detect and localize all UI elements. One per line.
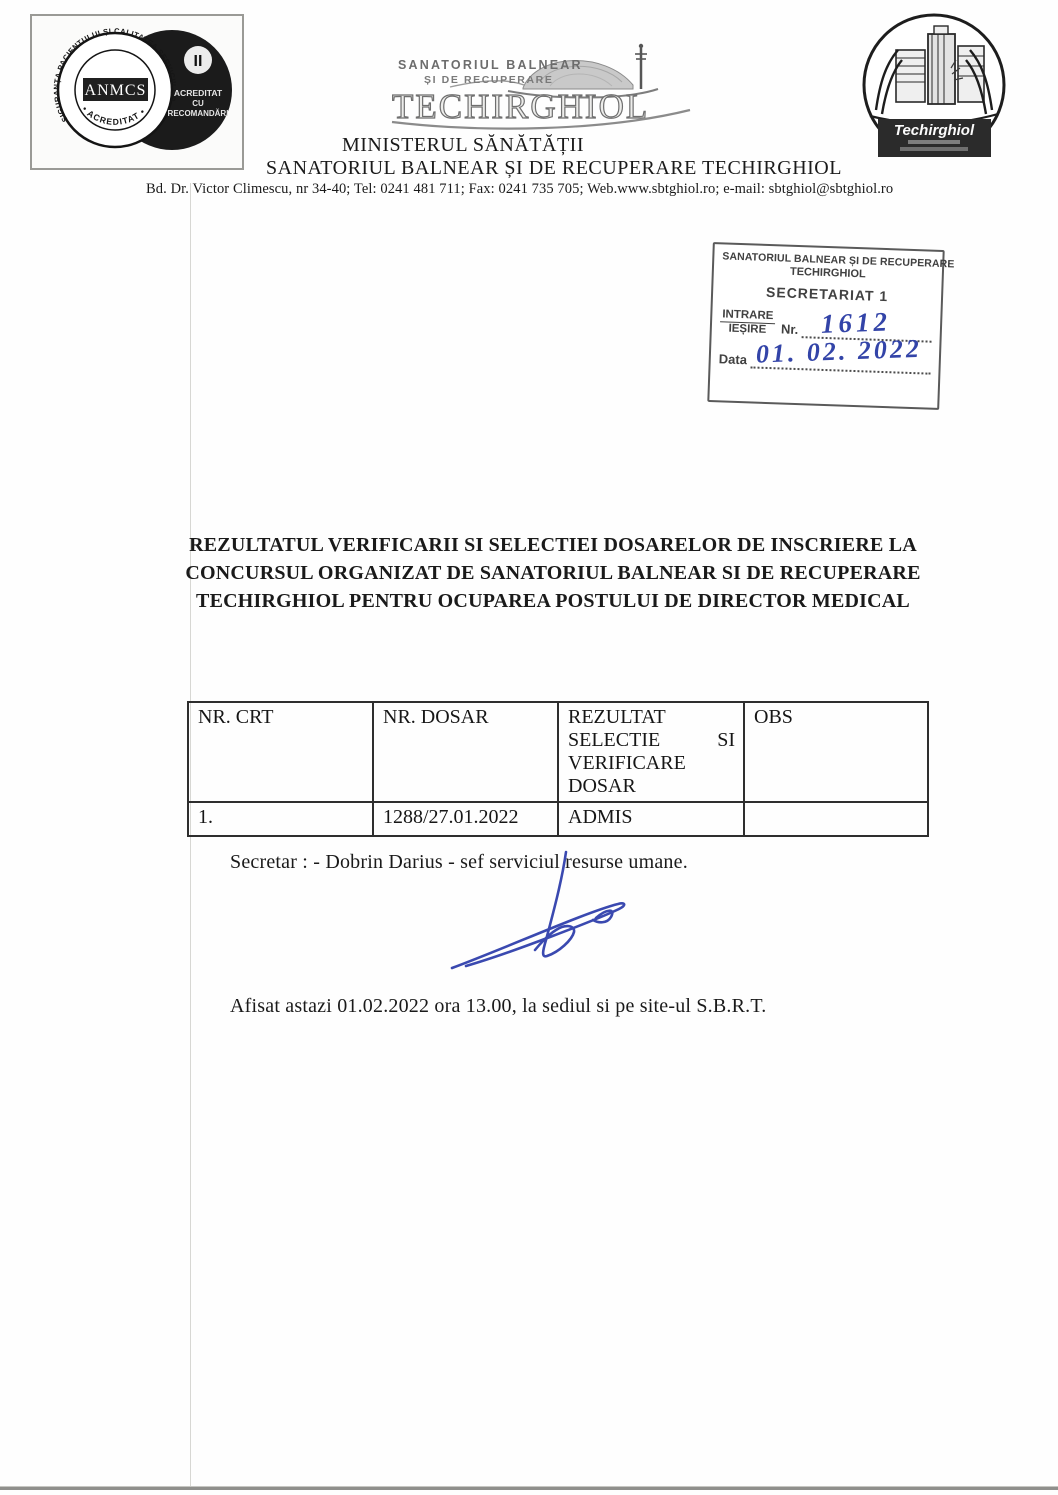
header-obs: OBS — [744, 702, 928, 802]
techirghiol-town-logo: Techirghiol — [856, 10, 1014, 172]
cell-nr-crt: 1. — [188, 802, 373, 836]
registration-stamp: SANATORIUL BALNEAR ȘI DE RECUPERARE TECH… — [707, 242, 944, 410]
anmcs-badge-line3: RECOMANDĂRI — [168, 109, 229, 118]
stamp-iesire-label: IEȘIRE — [720, 323, 776, 338]
anmcs-name: ANMCS — [85, 82, 147, 99]
institution-name: SANATORIUL BALNEAR ȘI DE RECUPERARE TECH… — [160, 157, 948, 180]
title-line-3: TECHIRGHIOL PENTRU OCUPAREA POSTULUI DE … — [160, 587, 946, 615]
scan-bottom-edge — [0, 1486, 1058, 1490]
logo-center-line1: SANATORIUL BALNEAR — [398, 58, 583, 72]
stamp-department: SECRETARIAT 1 — [721, 282, 933, 305]
anmcs-badge-level: II — [194, 53, 203, 70]
results-table: NR. CRT NR. DOSAR REZULTAT SELECTIE SI V… — [187, 701, 929, 837]
title-line-1: REZULTATUL VERIFICARII SI SELECTIEI DOSA… — [160, 531, 946, 559]
posted-line: Afisat astazi 01.02.2022 ora 13.00, la s… — [230, 995, 767, 1018]
logo-center-line3: TECHIRGHIOL — [392, 87, 649, 126]
document-title: REZULTATUL VERIFICARII SI SELECTIEI DOSA… — [160, 531, 946, 615]
town-banner-label: Techirghiol — [894, 122, 975, 139]
signature-icon — [448, 850, 648, 975]
header-nr-crt: NR. CRT — [188, 702, 373, 802]
cell-obs — [744, 802, 928, 836]
cell-nr-dosar: 1288/27.01.2022 — [373, 802, 558, 836]
sanatorium-logo-icon: SANATORIUL BALNEAR ȘI DE RECUPERARE TECH… — [390, 38, 692, 130]
stamp-date-row: Data 01. 02. 2022 — [718, 352, 930, 375]
table-header-row: NR. CRT NR. DOSAR REZULTAT SELECTIE SI V… — [188, 702, 928, 802]
stamp-nr-label: Nr. — [781, 322, 799, 338]
document-page: SIGURANȚA PACIENTULUI ȘI CALITATEA SERVI… — [0, 0, 1058, 1495]
stamp-in-out: INTRARE IEȘIRE — [720, 308, 776, 337]
ministry-name: MINISTERUL SĂNĂTĂȚII — [163, 134, 763, 157]
anmcs-badge-line2: CU — [192, 99, 204, 108]
stamp-date-dotted-line: 01. 02. 2022 — [751, 357, 931, 375]
town-seal-icon: Techirghiol — [856, 10, 1014, 172]
table-row: 1. 1288/27.01.2022 ADMIS — [188, 802, 928, 836]
stamp-date-label: Data — [719, 352, 748, 368]
logo-center-line2: ȘI DE RECUPERARE — [424, 74, 553, 86]
title-line-2: CONCURSUL ORGANIZAT DE SANATORIUL BALNEA… — [160, 559, 946, 587]
stamp-date-handwritten: 01. 02. 2022 — [756, 334, 923, 370]
contact-line: Bd. Dr. Victor Climescu, nr 34-40; Tel: … — [146, 181, 886, 198]
cell-rezultat: ADMIS — [558, 802, 744, 836]
header-rezultat: REZULTAT SELECTIE SI VERIFICARE DOSAR — [558, 702, 744, 802]
sanatorium-logo: SANATORIUL BALNEAR ȘI DE RECUPERARE TECH… — [390, 38, 692, 130]
anmcs-badge-line1: ACREDITAT — [174, 88, 223, 98]
header-nr-dosar: NR. DOSAR — [373, 702, 558, 802]
handwritten-signature — [448, 850, 648, 980]
